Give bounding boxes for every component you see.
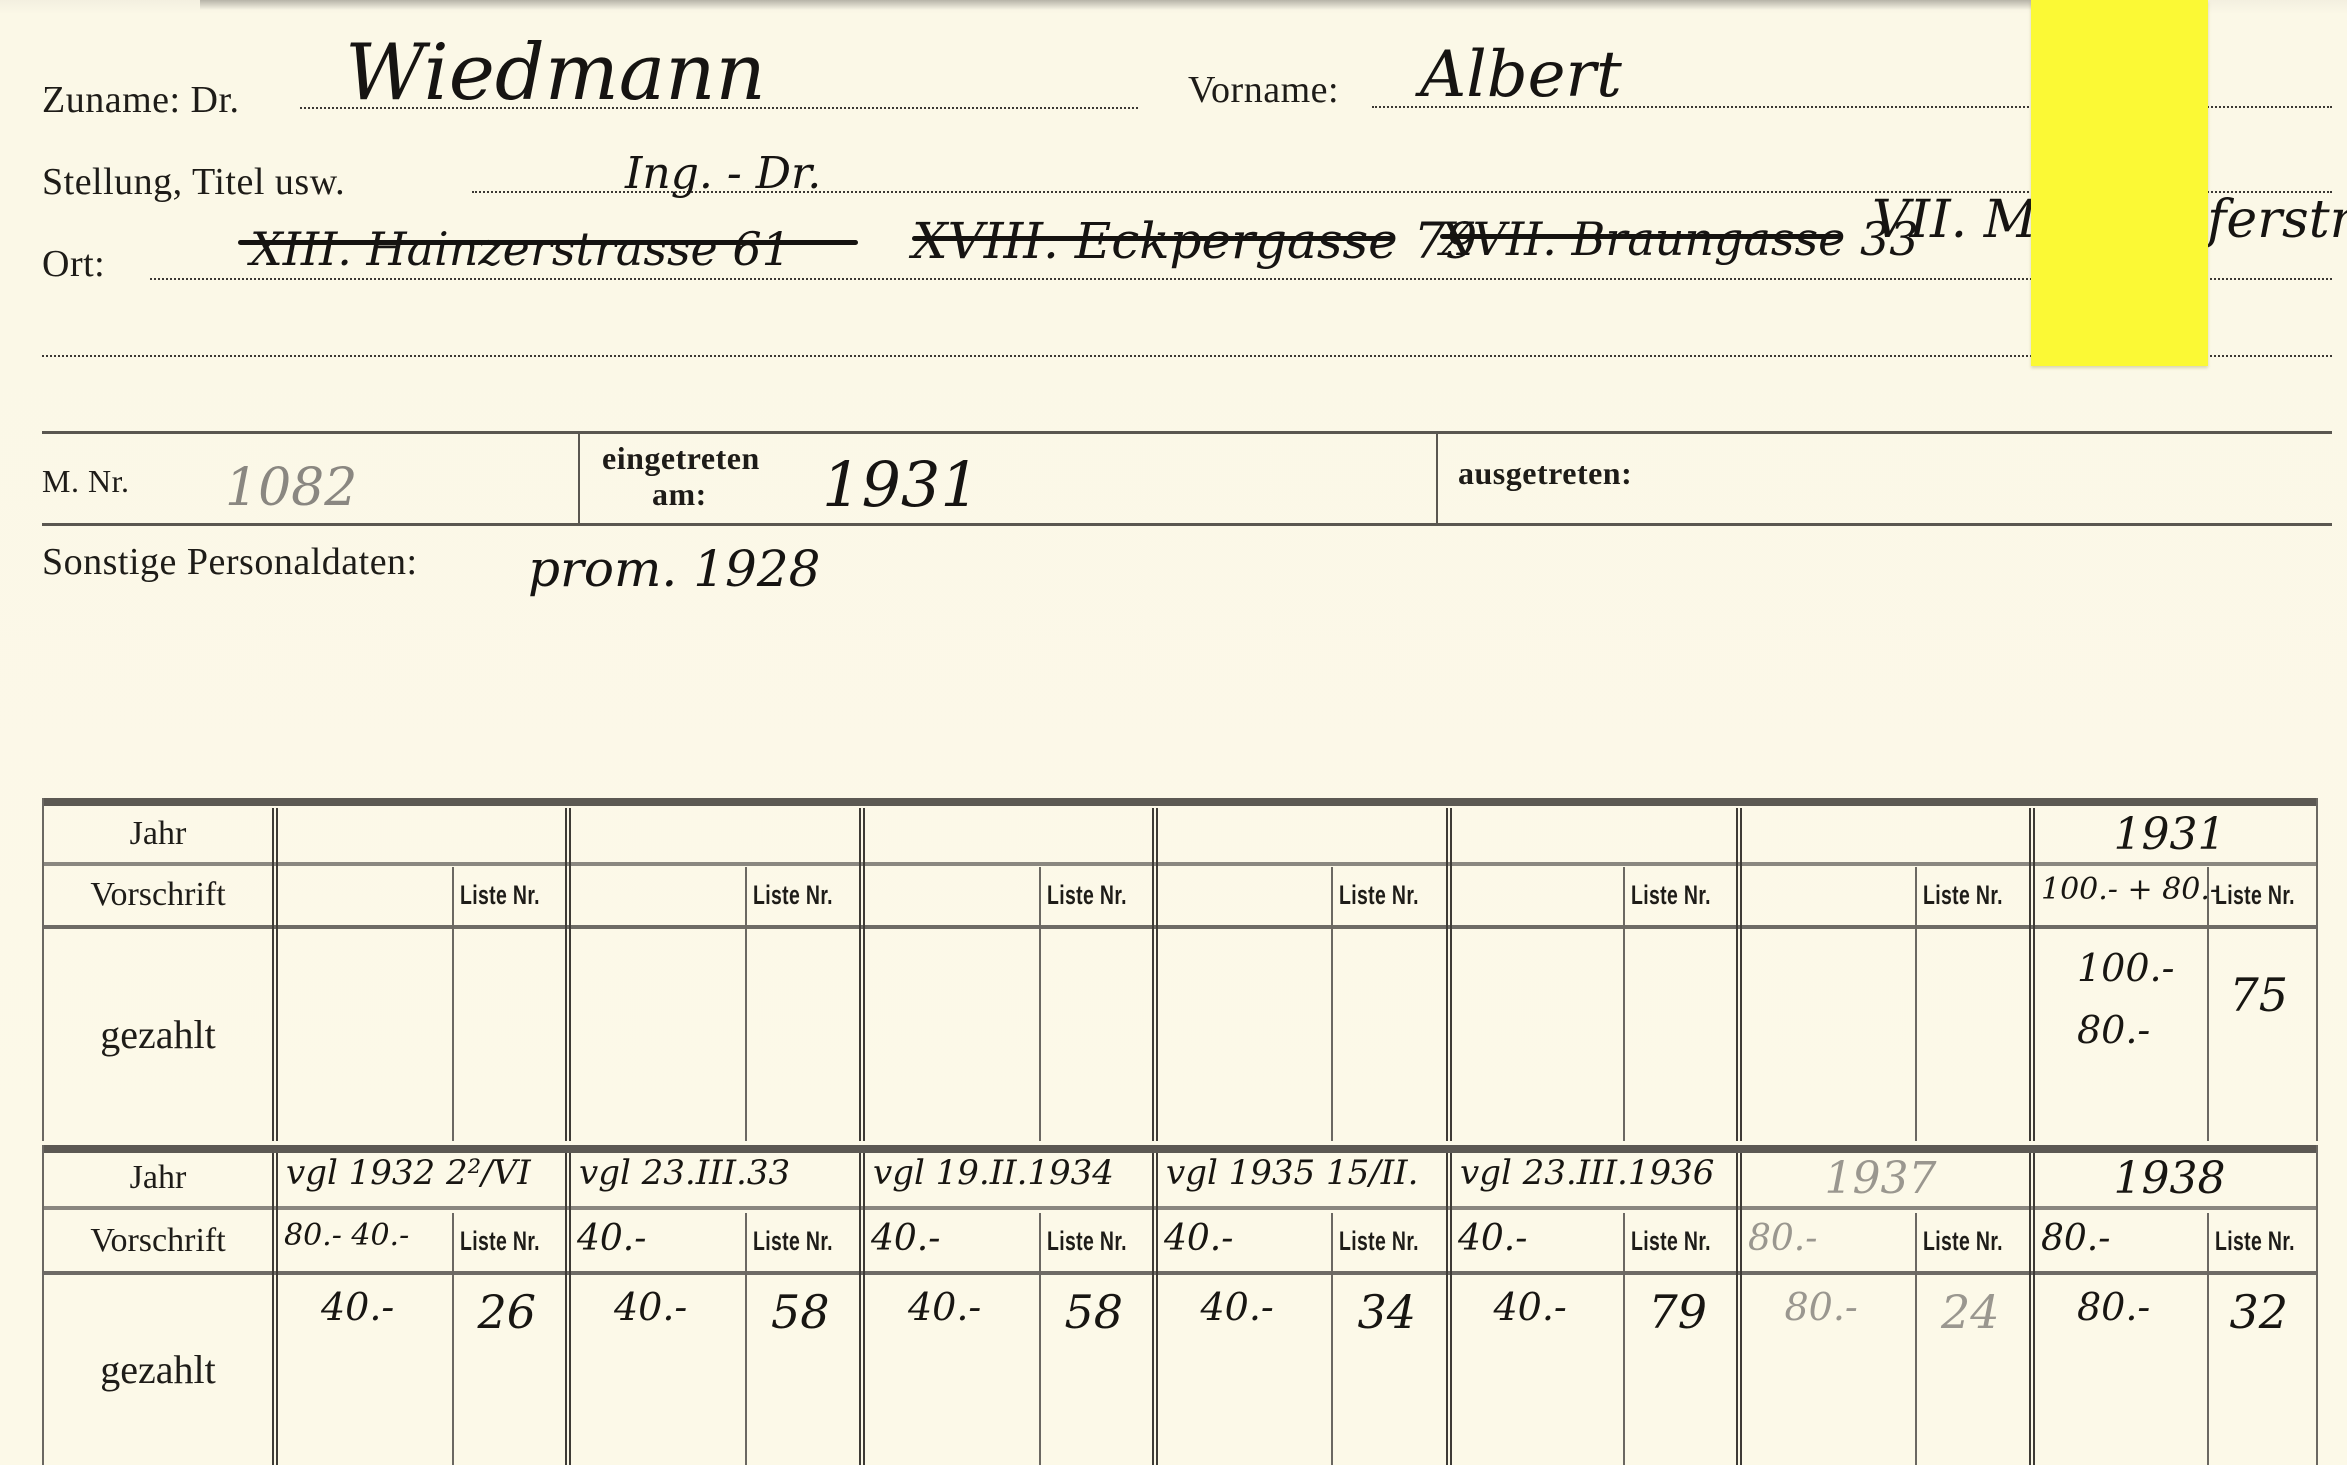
list-column-divider [452, 1213, 454, 1465]
scan-shadow [200, 0, 2100, 10]
list-column-divider [1623, 1213, 1625, 1465]
year-column-divider [1736, 1153, 1742, 1465]
prescribed-cell[interactable]: 40.- [871, 1218, 940, 1259]
list-column-divider [1039, 1213, 1041, 1465]
list-no-cell[interactable]: 34 [1358, 1285, 1417, 1339]
year-cell[interactable]: vgl 1932 2²/VI [286, 1153, 531, 1193]
list-no-cell[interactable]: 75 [2230, 968, 2289, 1022]
table-rule-top [42, 1145, 2316, 1153]
row-label-prescribed: Vorschrift [42, 1222, 274, 1260]
year-column-divider [272, 1153, 278, 1465]
table-rule [42, 1206, 2316, 1210]
list-no-header: Liste Nr. [1923, 880, 2003, 911]
year-column-divider [859, 808, 865, 1141]
list-no-header: Liste Nr. [1339, 880, 1419, 911]
list-no-header: Liste Nr. [1631, 1226, 1711, 1257]
divider-v1 [578, 434, 580, 523]
list-no-header: Liste Nr. [2215, 880, 2295, 911]
table-border-right [2316, 798, 2318, 1141]
location-entry-3: XVII. Braungasse 33 [1440, 212, 1919, 266]
list-no-header: Liste Nr. [1923, 1226, 2003, 1257]
list-column-divider [1623, 867, 1625, 1141]
yellow-sticky-note [2031, 0, 2208, 366]
paid-cell[interactable]: 80.- [2077, 1285, 2150, 1329]
firstname-value: Albert [1420, 38, 1622, 112]
paid-cell[interactable]: 40.- [1201, 1285, 1274, 1329]
table-rule-top [42, 798, 2316, 806]
prescribed-cell[interactable]: 40.- [1458, 1218, 1527, 1259]
year-column-divider [565, 1153, 571, 1465]
divider-v2 [1436, 434, 1438, 523]
list-column-divider [1915, 1213, 1917, 1465]
list-no-cell[interactable]: 58 [771, 1285, 830, 1339]
row-label-year: Jahr [42, 815, 274, 853]
surname-value: Wiedmann [345, 28, 766, 118]
year-cell[interactable]: 1938 [2114, 1153, 2226, 1204]
list-column-divider [2207, 1213, 2209, 1465]
row-label-year: Jahr [42, 1159, 274, 1197]
list-no-header: Liste Nr. [1047, 1226, 1127, 1257]
list-column-divider [2207, 867, 2209, 1141]
prescribed-cell[interactable]: 80.- [1748, 1218, 1817, 1259]
year-cell[interactable] [579, 809, 853, 849]
paid-cell-2[interactable]: 80.- [2077, 1008, 2150, 1052]
row-label-paid: gezahlt [42, 1011, 274, 1058]
table-rule [42, 1271, 2316, 1275]
location-entry-1: XIII. Hainzerstrasse 61 [250, 222, 791, 276]
year-cell[interactable] [286, 809, 559, 849]
year-column-divider [2029, 1153, 2035, 1465]
membership-card: Zuname: Dr. Wiedmann Vorname: Albert Ste… [0, 0, 2347, 1465]
list-column-divider [1039, 867, 1041, 1141]
firstname-label: Vorname: [1188, 68, 1339, 112]
table-rule [42, 862, 2316, 866]
paid-cell[interactable]: 80.- [1785, 1285, 1858, 1329]
location-label: Ort: [42, 242, 105, 286]
divider-bottom [42, 523, 2332, 526]
year-cell[interactable]: vgl 23.III.1936 [1460, 1153, 1714, 1193]
year-column-divider [565, 808, 571, 1141]
year-cell[interactable]: vgl 1935 15/II. [1166, 1153, 1418, 1193]
joined-label-am: am: [652, 476, 707, 513]
row-label-paid: gezahlt [42, 1346, 274, 1393]
paid-cell[interactable]: 40.- [908, 1285, 981, 1329]
surname-label: Zuname: Dr. [42, 78, 240, 122]
paid-cell[interactable]: 40.- [614, 1285, 687, 1329]
list-no-cell[interactable]: 24 [1941, 1285, 2000, 1339]
year-column-divider [2029, 808, 2035, 1141]
prescribed-cell[interactable]: 40.- [577, 1218, 646, 1259]
strikethrough-3 [1440, 234, 1840, 239]
joined-label: eingetreten [602, 440, 760, 477]
prescribed-cell[interactable]: 100.- + 80.- [2041, 872, 2220, 907]
list-no-cell[interactable]: 26 [478, 1285, 537, 1339]
list-column-divider [745, 1213, 747, 1465]
list-column-divider [1331, 867, 1333, 1141]
year-column-divider [1446, 1153, 1452, 1465]
position-label: Stellung, Titel usw. [42, 160, 345, 204]
paid-cell[interactable]: 40.- [321, 1285, 394, 1329]
year-column-divider [1152, 1153, 1158, 1465]
list-no-header: Liste Nr. [460, 1226, 540, 1257]
year-column-divider [1152, 808, 1158, 1141]
year-cell[interactable]: 1931 [2114, 809, 2226, 860]
table-rule [42, 925, 2316, 929]
list-column-divider [1915, 867, 1917, 1141]
table-border-right [2316, 1145, 2318, 1465]
position-value: Ing. - Dr. [625, 148, 821, 199]
location-line [150, 278, 2332, 280]
list-no-cell[interactable]: 32 [2230, 1285, 2289, 1339]
other-label: Sonstige Personaldaten: [42, 540, 418, 584]
paid-cell[interactable]: 100.- [2077, 946, 2174, 990]
strikethrough-2 [912, 236, 1392, 241]
year-cell[interactable]: 1937 [1825, 1153, 1937, 1204]
year-column-divider [1446, 808, 1452, 1141]
blank-line [42, 355, 2332, 357]
list-no-header: Liste Nr. [1339, 1226, 1419, 1257]
list-no-header: Liste Nr. [753, 1226, 833, 1257]
list-no-header: Liste Nr. [1047, 880, 1127, 911]
year-cell[interactable]: vgl 23.III.33 [579, 1153, 790, 1193]
divider-top [42, 431, 2332, 434]
strikethrough-1 [238, 240, 858, 245]
list-column-divider [452, 867, 454, 1141]
list-no-header: Liste Nr. [2215, 1226, 2295, 1257]
location-entry-2: XVIII. Eckpergasse 79 [912, 212, 1477, 270]
left-label: ausgetreten: [1458, 455, 1632, 492]
year-cell[interactable] [1750, 809, 2023, 849]
joined-value: 1931 [822, 448, 980, 521]
other-value: prom. 1928 [528, 540, 820, 598]
year-cell[interactable]: vgl 19.II.1934 [873, 1153, 1114, 1193]
list-column-divider [1331, 1213, 1333, 1465]
year-cell[interactable] [1460, 809, 1730, 849]
paid-cell[interactable]: 40.- [1494, 1285, 1567, 1329]
prescribed-cell[interactable]: 40.- [1164, 1218, 1233, 1259]
row-label-prescribed: Vorschrift [42, 876, 274, 914]
year-cell[interactable] [873, 809, 1146, 849]
prescribed-cell[interactable]: 80.- 40.- [284, 1218, 409, 1253]
year-column-divider [859, 1153, 865, 1465]
list-no-header: Liste Nr. [753, 880, 833, 911]
prescribed-cell[interactable]: 80.- [2041, 1218, 2110, 1259]
year-column-divider [1736, 808, 1742, 1141]
member-no-label: M. Nr. [42, 463, 129, 500]
year-cell[interactable] [1166, 809, 1440, 849]
list-no-header: Liste Nr. [1631, 880, 1711, 911]
year-column-divider [272, 808, 278, 1141]
member-no-value: 1082 [225, 458, 357, 518]
list-column-divider [745, 867, 747, 1141]
list-no-header: Liste Nr. [460, 880, 540, 911]
list-no-cell[interactable]: 58 [1065, 1285, 1124, 1339]
list-no-cell[interactable]: 79 [1649, 1285, 1708, 1339]
